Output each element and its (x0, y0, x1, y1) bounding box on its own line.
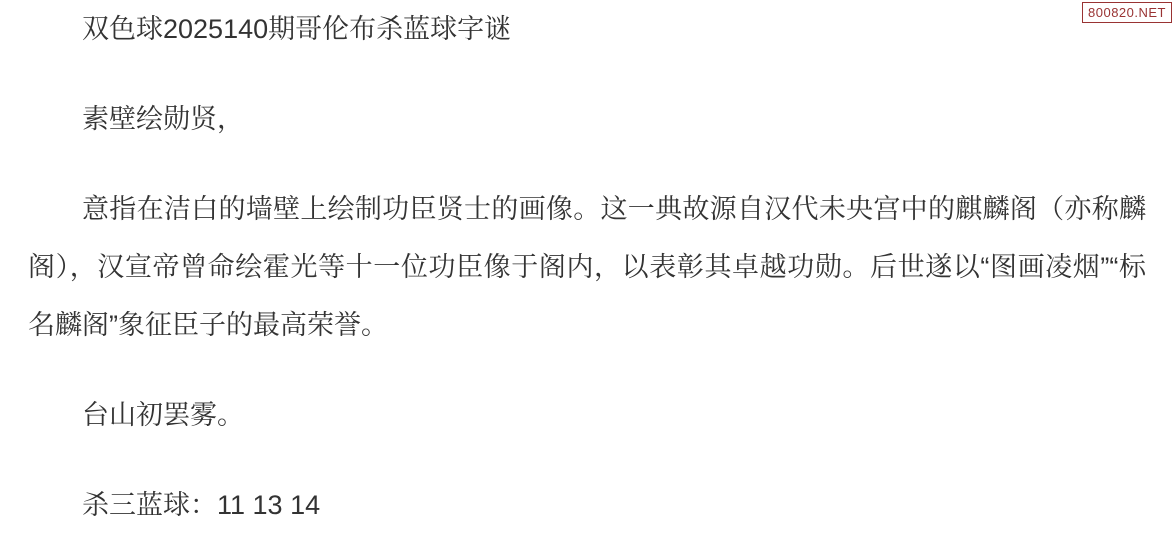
article-title: 双色球2025140期哥伦布杀蓝球字谜 (28, 0, 1146, 58)
riddle-explanation: 意指在洁白的墙壁上绘制功臣贤士的画像。这一典故源自汉代未央宫中的麒麟阁（亦称麟阁… (28, 180, 1146, 354)
kill-blue-label: 杀三蓝球： (82, 490, 217, 520)
riddle-line-1: 素壁绘勋贤， (28, 90, 1146, 148)
article-page: 800820.NET 双色球2025140期哥伦布杀蓝球字谜 素壁绘勋贤， 意指… (0, 0, 1176, 555)
article-content: 双色球2025140期哥伦布杀蓝球字谜 素壁绘勋贤， 意指在洁白的墙壁上绘制功臣… (0, 0, 1176, 534)
riddle-line-2: 台山初罢雾。 (28, 386, 1146, 444)
watermark-badge: 800820.NET (1082, 2, 1172, 23)
kill-blue-numbers: 11 13 14 (217, 490, 320, 520)
kill-blue-line: 杀三蓝球：11 13 14 (28, 476, 1146, 534)
